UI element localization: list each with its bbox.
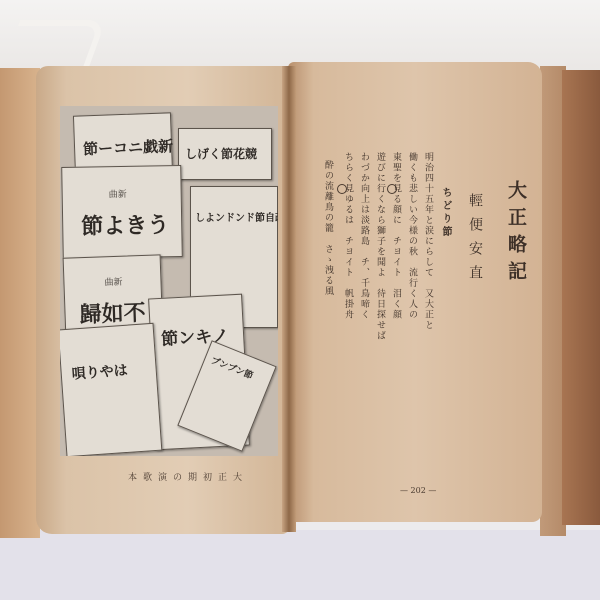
verse-line: わづか向上は淡路島 チ、千鳥啼く xyxy=(358,152,371,320)
verse-line: 東聖を見る顔に チヨイト 泪く顔 xyxy=(390,152,403,320)
verse-separator xyxy=(387,184,397,194)
song-title: ちどり節 xyxy=(438,187,453,239)
songbook-plate: 節ーコニ戯新 しげく節花競 曲新 節よきう しよンドンド節自改 曲新 歸如不 節… xyxy=(60,106,278,456)
book-cover-left xyxy=(0,68,40,538)
author-name: 輕便安直 xyxy=(465,193,485,289)
verse-line: 明治四十五年と涙にらして 又大正と xyxy=(422,152,435,331)
songbook-cover: しげく節花競 xyxy=(178,128,272,180)
chapter-title: 大正略記 xyxy=(503,180,530,288)
table-surface xyxy=(0,530,600,600)
book-gutter xyxy=(282,66,296,532)
plate-caption: 本歌演の期初正大 xyxy=(128,470,248,483)
verse-separator xyxy=(337,184,347,194)
page-number: — 202 — xyxy=(400,486,436,495)
songbook-cover: 曲新 節よきう xyxy=(61,165,183,259)
verse-line: 働くも悲しい今様の秋 流行く人の xyxy=(406,152,419,320)
songbook-cover: 唄りやは xyxy=(60,323,162,456)
book-cover-right xyxy=(562,70,600,525)
verse-line: 酔の流離鳥の籠 さゝ洩る風 xyxy=(322,160,335,297)
verse-line: 遊びに行くなら獅子を聞よ 待日探せば xyxy=(374,152,387,341)
verse-line: ちらく見ゆるは チヨイト 帆掛舟 xyxy=(342,152,355,320)
